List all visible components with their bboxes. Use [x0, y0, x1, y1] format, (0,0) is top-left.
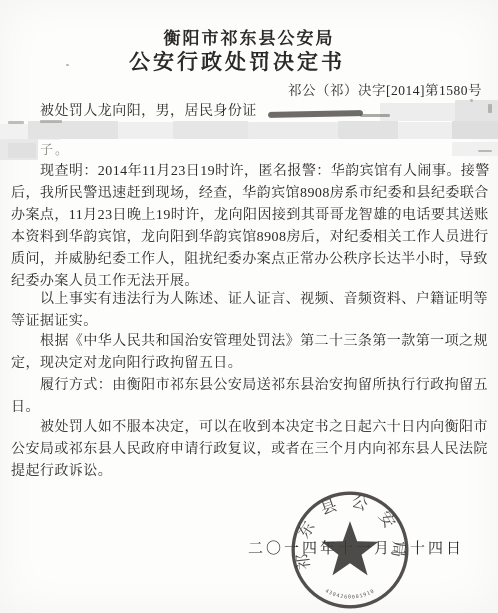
redaction-patch [338, 121, 398, 139]
document-title: 公安行政处罚决定书 [0, 46, 486, 76]
seal-serial-number: 4304260001910 [324, 588, 376, 600]
facts-line: 质问，并威胁纪委工作人，阻扰纪委办案点正常办公秩序长达半小时，导致 [11, 249, 498, 271]
ruling-line: 定，现决定对龙向阳行政拘留五日。 [11, 353, 498, 375]
ink-smudge [360, 114, 390, 117]
scan-artifact [488, 104, 492, 113]
scan-artifact [40, 120, 62, 123]
execution-line: 履行方式：由衡阳市祁东县公安局送祁东县治安拘留所执行行政拘留五 [11, 375, 498, 397]
redaction-patch [248, 122, 338, 139]
scan-artifact [470, 99, 473, 102]
redaction-patch [452, 121, 498, 139]
punishment-decision-document: 衡阳市祁东县公安局 公安行政处罚决定书 祁公（祁）决字[2014]第1580号 … [0, 0, 498, 613]
evidence-line: 以上事实有违法行为人陈述、证人证言、视频、音频资料、户籍证明等 [11, 289, 498, 311]
redaction-patch [452, 142, 498, 156]
facts-line: 本资料到华韵宾馆，龙向阳到华韵宾馆8908房后，对纪委相关工作人员进行 [11, 227, 498, 249]
redaction-patch [28, 121, 118, 139]
appeal-line: 提起行政诉讼。 [11, 461, 498, 483]
star-icon [321, 521, 378, 575]
scan-artifact [478, 150, 492, 152]
document-number: 祁公（祁）决字[2014]第1580号 [288, 79, 482, 99]
scan-artifact [66, 64, 69, 66]
redacted-residual-text: 子。 [40, 139, 70, 158]
redaction-patch [398, 122, 458, 139]
evidence-line: 等证据证实。 [11, 311, 498, 333]
scan-artifact [8, 121, 24, 124]
redaction-patch [118, 122, 173, 139]
execution-line: 日。 [11, 397, 498, 419]
facts-line: 后，我所民警迅速赶到现场，经查，华韵宾馆8908房系市纪委和县纪委联合 [11, 183, 498, 205]
redaction-patch [8, 143, 36, 158]
ruling-line: 根据《中华人民共和国治安管理处罚法》第二十三条第一款第一项之规 [11, 331, 498, 353]
facts-line: 办案点，11月23日晚上19时许，龙向阳因接到其哥哥龙智雄的电话要其送账 [11, 205, 498, 227]
official-seal: 祁东县公安局 4304260001910 [288, 488, 412, 612]
appeal-line: 公安局或祁东县人民政府申请行政复议，或者在三个月内向祁东县人民法院 [11, 439, 498, 461]
redaction-patch [173, 121, 248, 139]
svg-text:4304260001910: 4304260001910 [324, 588, 376, 600]
facts-line: 现查明：2014年11月23日19时许，匿名报警：华韵宾馆有人闹事。接警 [11, 161, 498, 183]
appeal-line: 被处罚人如不服本决定，可以在收到本决定书之日起六十日内向衡阳市 [11, 417, 498, 439]
